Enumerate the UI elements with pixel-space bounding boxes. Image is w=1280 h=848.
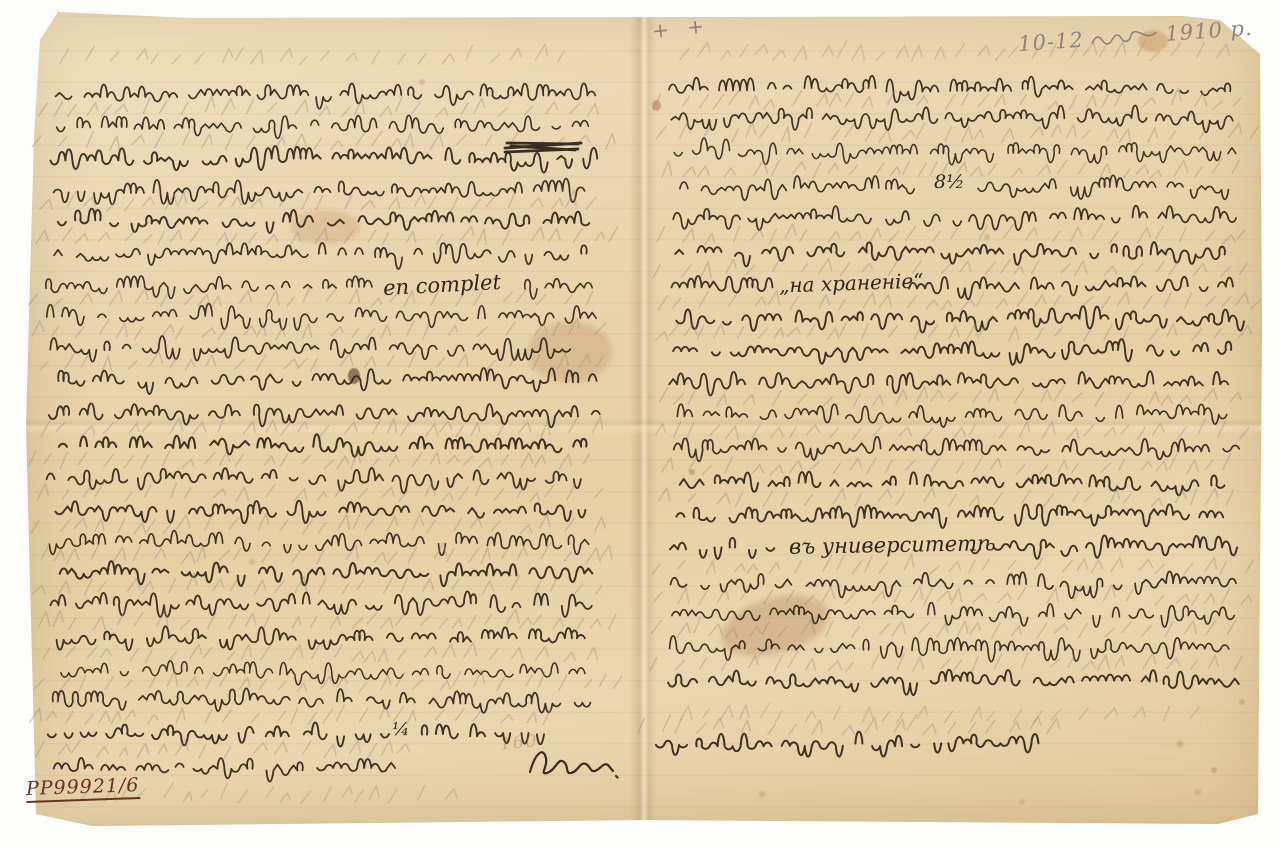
inventory-number: PP99921/6 <box>26 774 140 803</box>
date-days: 10-12 <box>1017 28 1084 57</box>
legible-phrase-v-universitete: въ университетѣ <box>789 531 996 559</box>
fraction-eight-and-half: 8½ <box>934 171 965 193</box>
handwriting-layer <box>0 0 1280 848</box>
fraction-one-quarter: ¼ <box>392 719 409 740</box>
letter-scan: en complet „на храненіе“ въ университетѣ… <box>0 0 1280 848</box>
date-month-squiggle <box>1089 24 1160 49</box>
faint-pencil-number: 160 <box>499 731 539 754</box>
legible-phrase-na-khranenie: „на храненіе“ <box>779 268 924 297</box>
